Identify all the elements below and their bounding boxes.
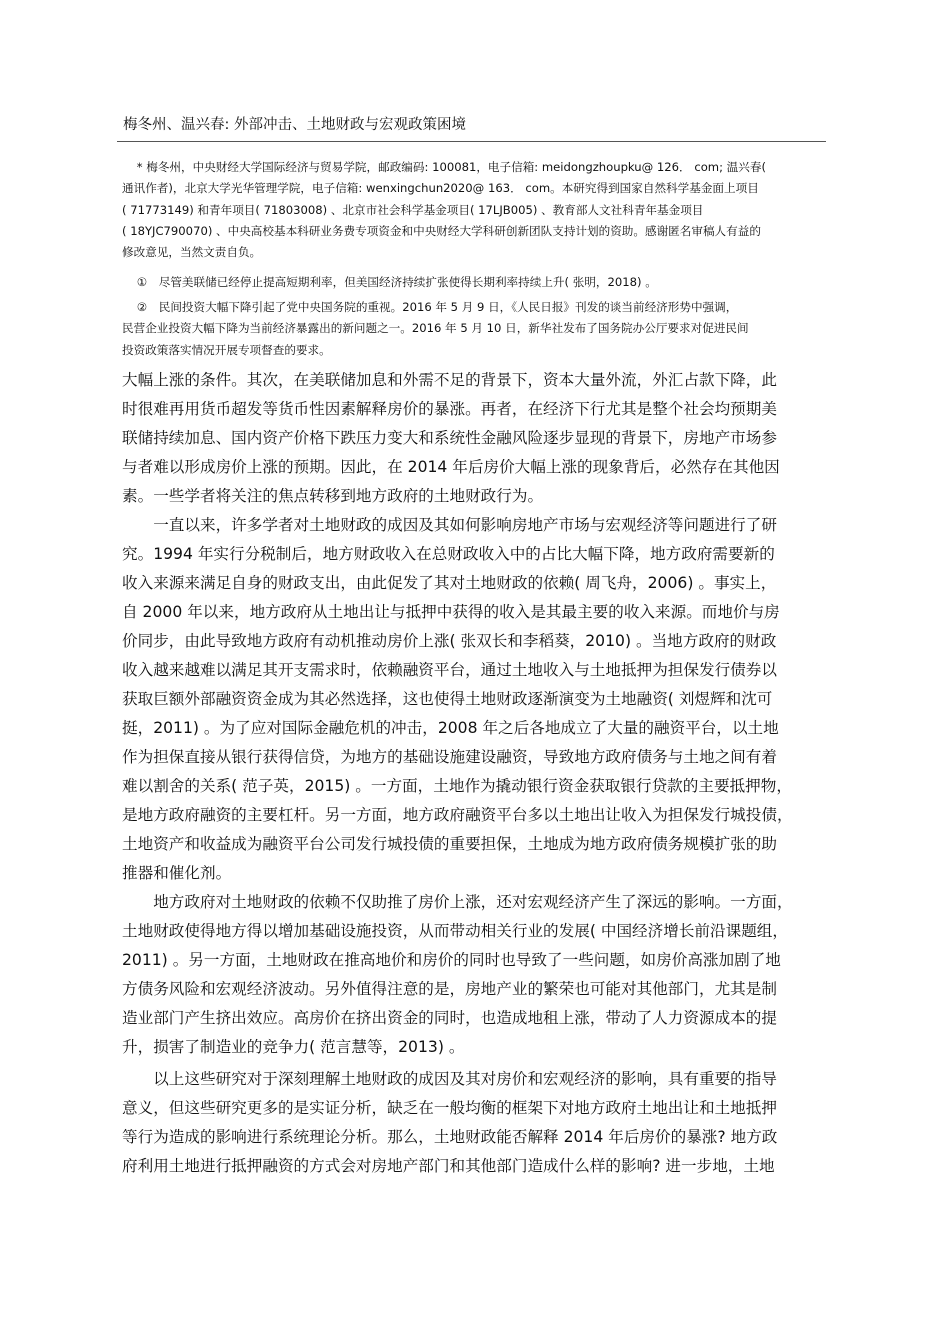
text-line: 地方政府对土地财政的依赖不仅助推了房价上涨，还对宏观经济产生了深远的影响。一方面… [122,888,793,917]
footnote-line: ② 民间投资大幅下降引起了党中央国务院的重视。2016 年 5 月 9 日，《人… [122,297,749,318]
text-line: 究。1994 年实行分税制后，地方财政收入在总财政收入中的占比大幅下降，地方政府… [122,540,793,569]
text-line: 以上这些研究对于深刻理解土地财政的成因及其对房价和宏观经济的影响，具有重要的指导 [122,1065,777,1094]
running-header: 梅冬州、温兴春: 外部冲击、土地财政与宏观政策困境 [123,113,466,134]
text-line: 素。一些学者将关注的焦点转移到地方政府的土地财政行为。 [122,482,780,511]
text-line: 挺，2011) 。为了应对国际金融危机的冲击，2008 年之后各地成立了大量的融… [122,714,793,743]
text-line: 府利用土地进行抵押融资的方式会对房地产部门和其他部门造成什么样的影响? 进一步地… [122,1152,777,1181]
footnote-author-note: * 梅冬州，中央财经大学国际经济与贸易学院，邮政编码: 100081，电子信箱:… [122,157,766,263]
footnote-line: 修改意见，当然文责自负。 [122,242,766,263]
text-line: 时很难再用货币超发等货币性因素解释房价的暴涨。再者，在经济下行尤其是整个社会均预… [122,395,780,424]
header-rule [117,141,826,142]
text-line: 升，损害了制造业的竞争力( 范言慧等，2013) 。 [122,1033,793,1062]
text-line: 与者难以形成房价上涨的预期。因此，在 2014 年后房价大幅上涨的现象背后，必然… [122,453,780,482]
text-line: 作为担保直接从银行获得信贷，为地方的基础设施建设融资，导致地方政府债务与土地之间… [122,743,793,772]
footnote-1: ① 尽管美联储已经停止提高短期利率，但美国经济持续扩张使得长期利率持续上升( 张… [122,272,657,293]
footnote-line: 通讯作者)，北京大学光华管理学院，电子信箱: wenxingchun2020@ … [122,178,766,199]
text-line: 一直以来，许多学者对土地财政的成因及其如何影响房地产市场与宏观经济等问题进行了研 [122,511,793,540]
text-line: 联储持续加息、国内资产价格下跌压力变大和系统性金融风险逐步显现的背景下，房地产市… [122,424,780,453]
paragraph-3: 地方政府对土地财政的依赖不仅助推了房价上涨，还对宏观经济产生了深远的影响。一方面… [122,888,793,1062]
text-line: 意义，但这些研究更多的是实证分析，缺乏在一般均衡的框架下对地方政府土地出让和土地… [122,1094,777,1123]
footnote-line: ( 71773149) 和青年项目( 71803008) 、北京市社会科学基金项… [122,200,766,221]
text-line: 是地方政府融资的主要杠杆。另一方面，地方政府融资平台多以土地出让收入为担保发行城… [122,801,793,830]
text-line: 等行为造成的影响进行系统理论分析。那么，土地财政能否解释 2014 年后房价的暴… [122,1123,777,1152]
footnote-2: ② 民间投资大幅下降引起了党中央国务院的重视。2016 年 5 月 9 日，《人… [122,297,749,361]
text-line: 收入越来越难以满足其开支需求时，依赖融资平台，通过土地收入与土地抵押为担保发行债… [122,656,793,685]
text-line: 收入来源来满足自身的财政支出，由此促发了其对土地财政的依赖( 周飞舟，2006)… [122,569,793,598]
text-line: 自 2000 年以来，地方政府从土地出让与抵押中获得的收入是其最主要的收入来源。… [122,598,793,627]
text-line: 方债务风险和宏观经济波动。另外值得注意的是，房地产业的繁荣也可能对其他部门，尤其… [122,975,793,1004]
text-line: 大幅上涨的条件。其次，在美联储加息和外需不足的背景下，资本大量外流，外汇占款下降… [122,366,780,395]
text-line: 土地资产和收益成为融资平台公司发行城投债的重要担保，土地成为地方政府债务规模扩张… [122,830,793,859]
footnote-line: 民营企业投资大幅下降为当前经济暴露出的新问题之一。2016 年 5 月 10 日… [122,318,749,339]
text-line: 推器和催化剂。 [122,859,793,888]
text-line: 价同步，由此导致地方政府有动机推动房价上涨( 张双长和李稻葵，2010) 。当地… [122,627,793,656]
text-line: 难以割舍的关系( 范子英，2015) 。一方面，土地作为撬动银行资金获取银行贷款… [122,772,793,801]
paragraph-1: 大幅上涨的条件。其次，在美联储加息和外需不足的背景下，资本大量外流，外汇占款下降… [122,366,780,511]
footnote-line: 投资政策落实情况开展专项督查的要求。 [122,340,749,361]
footnote-line: ① 尽管美联储已经停止提高短期利率，但美国经济持续扩张使得长期利率持续上升( 张… [122,272,657,293]
text-line: 土地财政使得地方得以增加基础设施投资，从而带动相关行业的发展( 中国经济增长前沿… [122,917,793,946]
text-line: 2011) 。另一方面，土地财政在推高地价和房价的同时也导致了一些问题，如房价高… [122,946,793,975]
paragraph-2: 一直以来，许多学者对土地财政的成因及其如何影响房地产市场与宏观经济等问题进行了研… [122,511,793,888]
paragraph-4: 以上这些研究对于深刻理解土地财政的成因及其对房价和宏观经济的影响，具有重要的指导… [122,1065,777,1181]
footnote-line: ( 18YJC790070) 、中央高校基本科研业务费专项资金和中央财经大学科研… [122,221,766,242]
text-line: 造业部门产生挤出效应。高房价在挤出资金的同时，也造成地租上涨，带动了人力资源成本… [122,1004,793,1033]
footnote-line: * 梅冬州，中央财经大学国际经济与贸易学院，邮政编码: 100081，电子信箱:… [122,157,766,178]
text-line: 获取巨额外部融资资金成为其必然选择，这也使得土地财政逐渐演变为土地融资( 刘煜辉… [122,685,793,714]
